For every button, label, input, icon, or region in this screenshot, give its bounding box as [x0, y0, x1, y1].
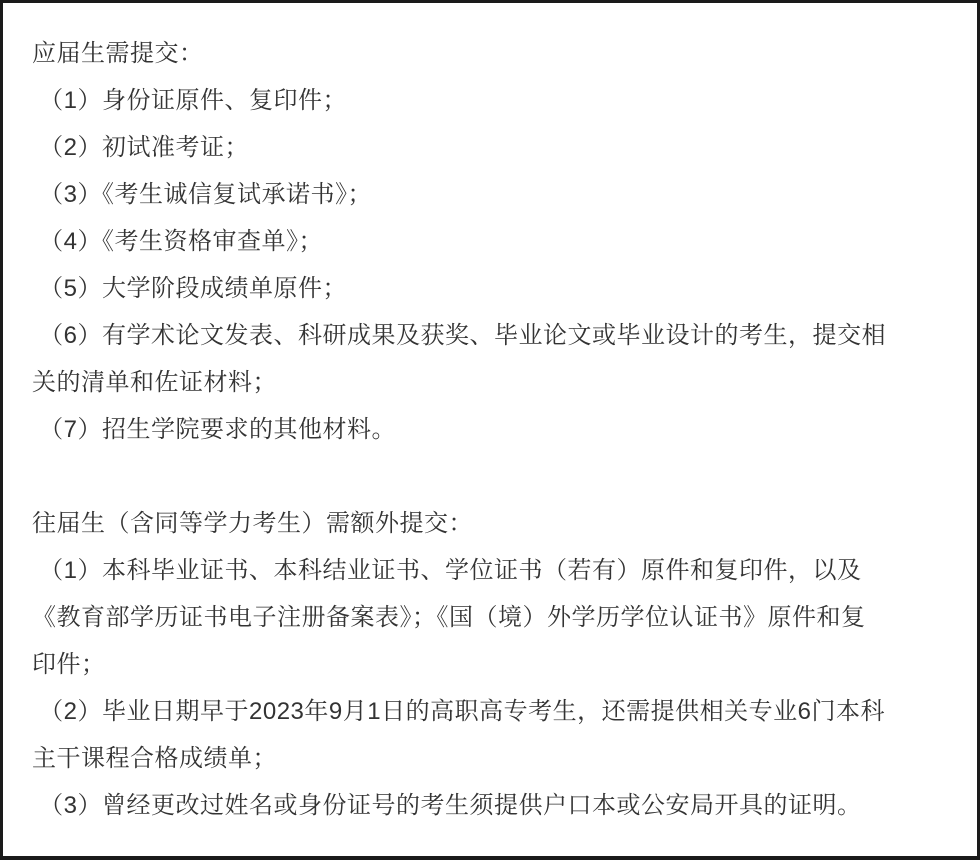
fresh-item-1: （1）身份证原件、复印件；: [32, 77, 951, 124]
previous-graduates-heading: 往届生（含同等学力考生）需额外提交：: [32, 500, 951, 547]
section-previous-graduates: 往届生（含同等学力考生）需额外提交： （1）本科毕业证书、本科结业证书、学位证书…: [32, 500, 951, 829]
fresh-item-7: （7）招生学院要求的其他材料。: [32, 406, 951, 453]
fresh-item-2: （2）初试准考证；: [32, 124, 951, 171]
fresh-item-6-continued: 关的清单和佐证材料；: [32, 359, 951, 406]
fresh-item-4: （4）《考生资格审查单》；: [32, 218, 951, 265]
alumni-item-2: （2）毕业日期早于2023年9月1日的高职高专考生，还需提供相关专业6门本科: [32, 688, 951, 735]
section-spacer: [32, 453, 951, 500]
notice-panel: 应届生需提交： （1）身份证原件、复印件； （2）初试准考证； （3）《考生诚信…: [0, 0, 980, 860]
fresh-item-3: （3）《考生诚信复试承诺书》；: [32, 171, 951, 218]
fresh-item-6: （6）有学术论文发表、科研成果及获奖、毕业论文或毕业设计的考生，提交相: [32, 312, 951, 359]
fresh-graduates-heading: 应届生需提交：: [32, 30, 951, 77]
fresh-item-5: （5）大学阶段成绩单原件；: [32, 265, 951, 312]
section-fresh-graduates: 应届生需提交： （1）身份证原件、复印件； （2）初试准考证； （3）《考生诚信…: [32, 30, 951, 453]
alumni-item-1-continued-2: 印件；: [32, 641, 951, 688]
alumni-item-2-continued: 主干课程合格成绩单；: [32, 735, 951, 782]
alumni-item-1: （1）本科毕业证书、本科结业证书、学位证书（若有）原件和复印件，以及: [32, 547, 951, 594]
alumni-item-1-continued: 《教育部学历证书电子注册备案表》；《国（境）外学历学位认证书》原件和复: [32, 594, 951, 641]
alumni-item-3: （3）曾经更改过姓名或身份证号的考生须提供户口本或公安局开具的证明。: [32, 782, 951, 829]
